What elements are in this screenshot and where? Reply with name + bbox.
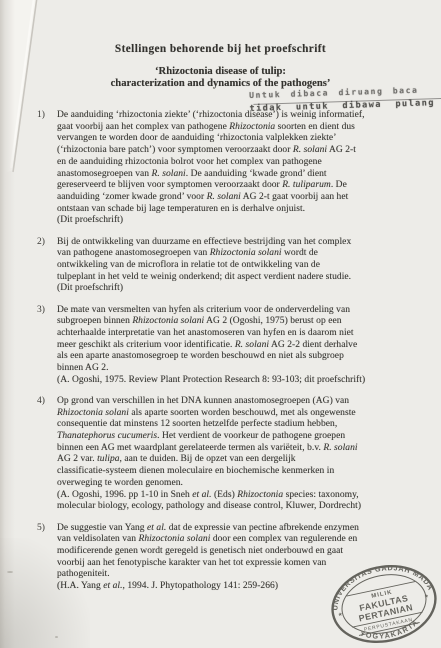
stelling-number: 1) bbox=[37, 110, 57, 227]
stelling-line: en de aanduiding rhizoctonia bolrot voor… bbox=[57, 157, 411, 169]
stelling-line: subgroepen binnen Rhizoctonia solani AG … bbox=[57, 316, 411, 328]
stelling-line: achterhaalde interpretatie van het anast… bbox=[57, 328, 411, 340]
stelling-number: 3) bbox=[37, 305, 57, 387]
stelling-line: De suggestie van Yang et al. dat de expr… bbox=[57, 523, 411, 535]
stelling-body: Bij de ontwikkeling van duurzame en effe… bbox=[57, 237, 411, 296]
page-subtitle: ‘Rhizoctonia disease of tulip: character… bbox=[0, 66, 441, 90]
subtitle-line-2: characterization and dynamics of the pat… bbox=[0, 78, 441, 90]
stelling-body: De aanduiding ‘rhizoctonia ziekte’ (‘rhi… bbox=[57, 110, 411, 227]
stelling-line: (‘rhizoctonia bare patch’) voor symptome… bbox=[57, 145, 411, 157]
stelling-line: AG 2 var. tulipa, aan te duiden. Bij de … bbox=[57, 454, 411, 466]
stelling-item: 2)Bij de ontwikkeling van duurzame en ef… bbox=[37, 237, 411, 296]
scan-speck bbox=[7, 571, 13, 573]
page-title: Stellingen behorende bij het proefschrif… bbox=[0, 43, 441, 55]
stelling-body: Op grond van verschillen in het DNA kunn… bbox=[57, 396, 411, 513]
stelling-line: binnen een AG met waardplant gerelateerd… bbox=[57, 443, 411, 455]
stelling-line: ontstaan van schade bij lage temperature… bbox=[57, 204, 411, 216]
stelling-line: consequentie dat minstens 12 soorten het… bbox=[57, 419, 411, 431]
stelling-line: (Dit proefschrift) bbox=[57, 283, 411, 295]
stelling-line: binnen AG 2. bbox=[57, 363, 411, 375]
stelling-line: (A. Ogoshi, 1996. pp 1-10 in Sneh et al.… bbox=[57, 490, 411, 502]
stelling-line: molecular biology, ecology, pathology an… bbox=[57, 501, 411, 513]
stelling-item: 1)De aanduiding ‘rhizoctonia ziekte’ (‘r… bbox=[37, 110, 411, 227]
stelling-line: gereserveerd te blijven voor symptomen v… bbox=[57, 180, 411, 192]
stelling-line: tulpeplant in het veld te weinig onderke… bbox=[57, 272, 411, 284]
stelling-number: 4) bbox=[37, 396, 57, 513]
stelling-line: Rhizoctonia solani als aparte soorten wo… bbox=[57, 408, 411, 420]
stelling-line: van veldisolaten van Rhizoctonia solani … bbox=[57, 534, 411, 546]
scanned-document-page: Stellingen behorende bij het proefschrif… bbox=[0, 0, 441, 648]
stelling-line: Bij de ontwikkeling van duurzame en effe… bbox=[57, 237, 411, 249]
stelling-line: als een aparte anastomosegroep te worden… bbox=[57, 351, 411, 363]
stelling-line: (A. Ogoshi, 1975. Review Plant Protectio… bbox=[57, 375, 411, 387]
stelling-line: De aanduiding ‘rhizoctonia ziekte’ (‘rhi… bbox=[57, 110, 411, 122]
stelling-body: De mate van versmelten van hyfen als cri… bbox=[57, 305, 411, 387]
stelling-number: 2) bbox=[37, 237, 57, 296]
stelling-line: anastomosegroepen van R. solani. De aand… bbox=[57, 169, 411, 181]
stelling-line: meer geschikt als criterium voor identif… bbox=[57, 340, 411, 352]
stelling-item: 4)Op grond van verschillen in het DNA ku… bbox=[37, 396, 411, 513]
subtitle-line-1: ‘Rhizoctonia disease of tulip: bbox=[0, 66, 441, 78]
stelling-line: vervangen te worden door de aanduiding ‘… bbox=[57, 133, 411, 145]
stelling-line: Thanatephorus cucumeris. Het verdient de… bbox=[57, 431, 411, 443]
stelling-line: overweging te worden genomen. bbox=[57, 478, 411, 490]
stelling-line: modificerende genen wordt geregeld is ge… bbox=[57, 546, 411, 558]
stamp-strike-line bbox=[253, 97, 441, 105]
stelling-line: aanduiding ‘zomer kwade grond’ voor R. s… bbox=[57, 192, 411, 204]
stelling-line: gaat voorbij aan het complex van pathoge… bbox=[57, 122, 411, 134]
stelling-line: van pathogene anastomosegroepen van Rhiz… bbox=[57, 248, 411, 260]
stelling-line: ontwikkeling van de microflora in relati… bbox=[57, 260, 411, 272]
stelling-line: De mate van versmelten van hyfen als cri… bbox=[57, 305, 411, 317]
stelling-line: (Dit proefschrift) bbox=[57, 215, 411, 227]
stellingen-list: 1)De aanduiding ‘rhizoctonia ziekte’ (‘r… bbox=[37, 110, 411, 602]
library-stamp: UNIVERSITAS GADJAH MADA YOGYAKARTA * * M… bbox=[322, 562, 441, 647]
stelling-item: 3)De mate van versmelten van hyfen als c… bbox=[37, 305, 411, 387]
stelling-line: Op grond van verschillen in het DNA kunn… bbox=[57, 396, 411, 408]
scan-speck bbox=[55, 636, 58, 638]
stamp-star-right: * bbox=[424, 593, 430, 603]
stelling-line: classificatie-systeem dienen moleculaire… bbox=[57, 466, 411, 478]
stelling-number: 5) bbox=[37, 523, 57, 593]
